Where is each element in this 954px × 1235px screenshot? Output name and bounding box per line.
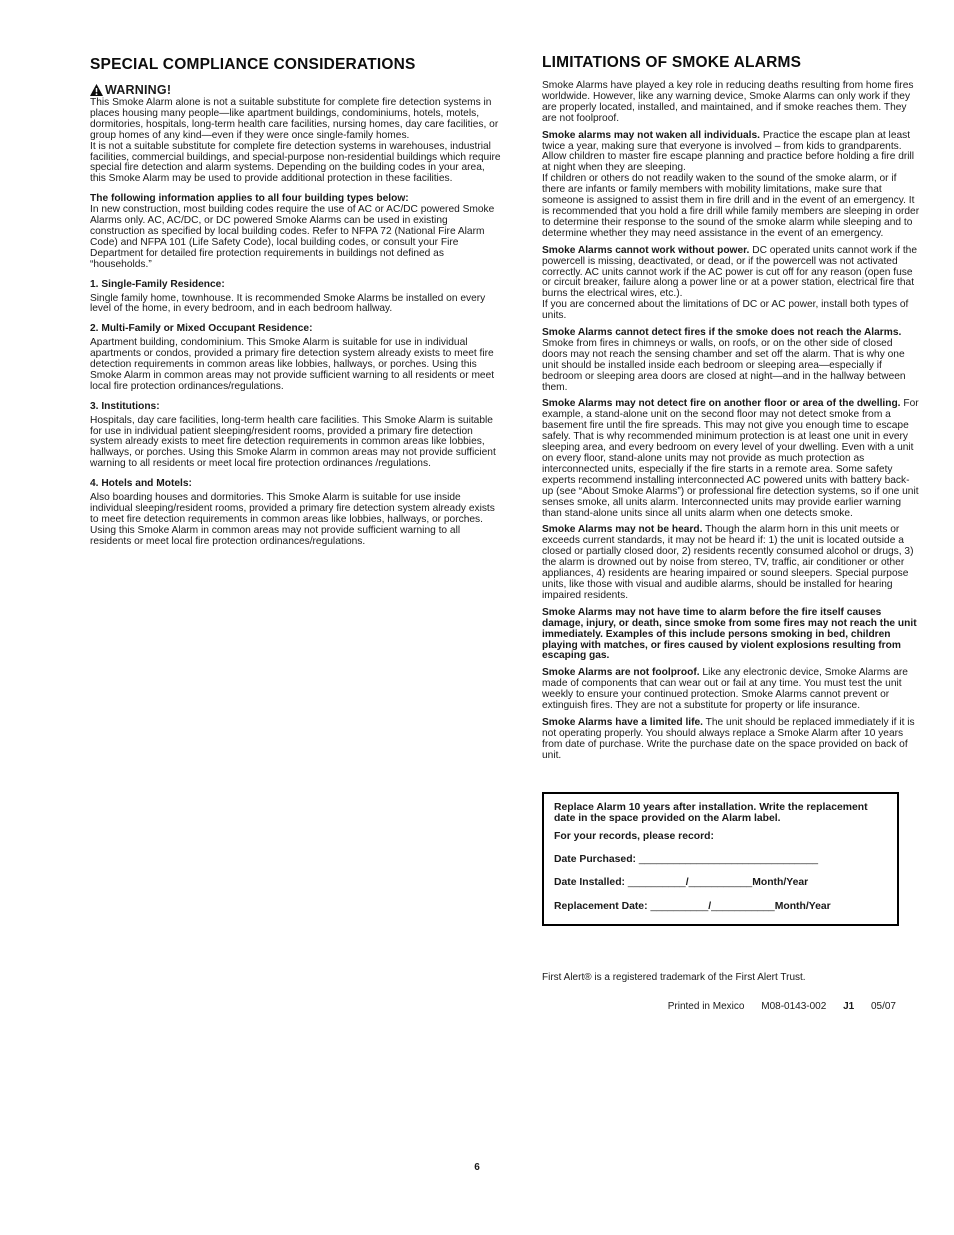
record-row-label: Date Purchased: [554,854,639,865]
bold-lead: Smoke alarms may not waken all individua… [542,130,760,141]
bold-lead: Smoke Alarms are not foolproof. [542,667,700,678]
subheading: 2. Multi-Family or Mixed Occupant Reside… [90,324,502,335]
paragraph-block: Smoke Alarms may not be heard. Though th… [542,525,920,601]
underline-field: ___________ [711,901,775,912]
paragraph-block: Smoke Alarms may not detect fire on anot… [542,399,920,519]
paragraph-text: Smoke Alarms have played a key role in r… [542,80,913,124]
section-block: 4. Hotels and Motels:Also boarding house… [90,479,502,547]
paragraph-block: Smoke Alarms may not have time to alarm … [542,608,920,663]
section-block: 3. Institutions:Hospitals, day care faci… [90,402,502,470]
warning-triangle-icon [90,84,103,96]
paragraph-block: Smoke Alarms are not foolproof. Like any… [542,668,920,712]
paragraph-text-continued: It is not a suitable substitute for comp… [90,142,502,186]
record-box-records-label: For your records, please record: [554,831,887,842]
bold-lead: Smoke Alarms cannot work without power. [542,245,749,256]
record-row-label: Replacement Date: [554,901,650,912]
section-block: 2. Multi-Family or Mixed Occupant Reside… [90,324,502,392]
record-box: Replace Alarm 10 years after installatio… [542,792,899,926]
printed-in-label: Printed in Mexico [668,1001,745,1012]
record-row-suffix: Month/Year [752,877,808,888]
record-box-rows: Date Purchased: ________________________… [554,854,887,912]
paragraph-text: Single family home, townhouse. It is rec… [90,293,485,315]
part-number: M08-0143-002 [761,1001,826,1012]
print-date: 05/07 [871,1001,896,1012]
underline-field: _______________________________ [639,854,818,865]
record-row: Date Purchased: ________________________… [554,854,887,865]
paragraph-text-continued: If children or others do not readily wak… [542,174,920,239]
subheading: 3. Institutions: [90,402,502,413]
paragraph-text: Hospitals, day care facilities, long-ter… [90,415,496,470]
record-box-intro: Replace Alarm 10 years after installatio… [554,802,887,824]
underline-field: __________ [650,901,708,912]
paragraph-block: Smoke alarms may not waken all individua… [542,131,920,240]
bold-lead: Smoke Alarms may not have time to alarm … [542,607,917,662]
left-column-body: This Smoke Alarm alone is not a suitable… [90,98,502,548]
paragraph-block: This Smoke Alarm alone is not a suitable… [90,98,502,185]
subheading: 4. Hotels and Motels: [90,479,502,490]
manual-page: SPECIAL COMPLIANCE CONSIDERATIONS WARNIN… [0,0,954,1235]
record-row-suffix: Month/Year [775,901,831,912]
bold-lead: Smoke Alarms may not detect fire on anot… [542,398,901,409]
paragraph-block: Smoke Alarms cannot work without power. … [542,246,920,322]
paragraph-text: Smoke from fires in chimneys or walls, o… [542,338,906,393]
paragraph-text: This Smoke Alarm alone is not a suitable… [90,97,498,141]
print-info: Printed in Mexico M08-0143-002 J1 05/07 [542,1001,920,1012]
underline-field: ___________ [689,877,753,888]
paragraph-text: Though the alarm horn in this unit meets… [542,524,913,600]
paragraph-text: Apartment building, condominium. This Sm… [90,337,494,392]
right-column-body: Smoke Alarms have played a key role in r… [542,81,920,762]
right-column: LIMITATIONS OF SMOKE ALARMS Smoke Alarms… [542,54,920,1012]
warning-label: WARNING! [105,83,171,97]
trademark-note: First Alert® is a registered trademark o… [542,972,920,983]
left-section-heading: SPECIAL COMPLIANCE CONSIDERATIONS [90,56,502,74]
record-row: Date Installed: __________/___________Mo… [554,877,887,888]
warning-header: WARNING! [90,83,502,97]
revision-code: J1 [843,1001,854,1012]
paragraph-block: Smoke Alarms have a limited life. The un… [542,718,920,762]
subheading: 1. Single-Family Residence: [90,280,502,291]
paragraph-text-continued: If you are concerned about the limitatio… [542,300,920,322]
bold-lead: Smoke Alarms may not be heard. [542,524,702,535]
paragraph-block: Smoke Alarms have played a key role in r… [542,81,920,125]
record-row: Replacement Date: __________/___________… [554,901,887,912]
paragraph-text: For example, a stand-alone unit on the s… [542,398,919,518]
page-number: 6 [0,1162,954,1173]
right-section-heading: LIMITATIONS OF SMOKE ALARMS [542,54,920,72]
record-row-label: Date Installed: [554,877,628,888]
paragraph-text: In new construction, most building codes… [90,204,494,270]
underline-field: __________ [628,877,686,888]
bold-lead: Smoke Alarms cannot detect fires if the … [542,327,901,338]
section-block: 1. Single-Family Residence:Single family… [90,280,502,316]
paragraph-block: Smoke Alarms cannot detect fires if the … [542,328,920,393]
bold-lead: Smoke Alarms have a limited life. [542,717,703,728]
section-block: The following information applies to all… [90,194,502,270]
paragraph-text: Also boarding houses and dormitories. Th… [90,492,495,547]
left-column: SPECIAL COMPLIANCE CONSIDERATIONS WARNIN… [90,56,502,554]
